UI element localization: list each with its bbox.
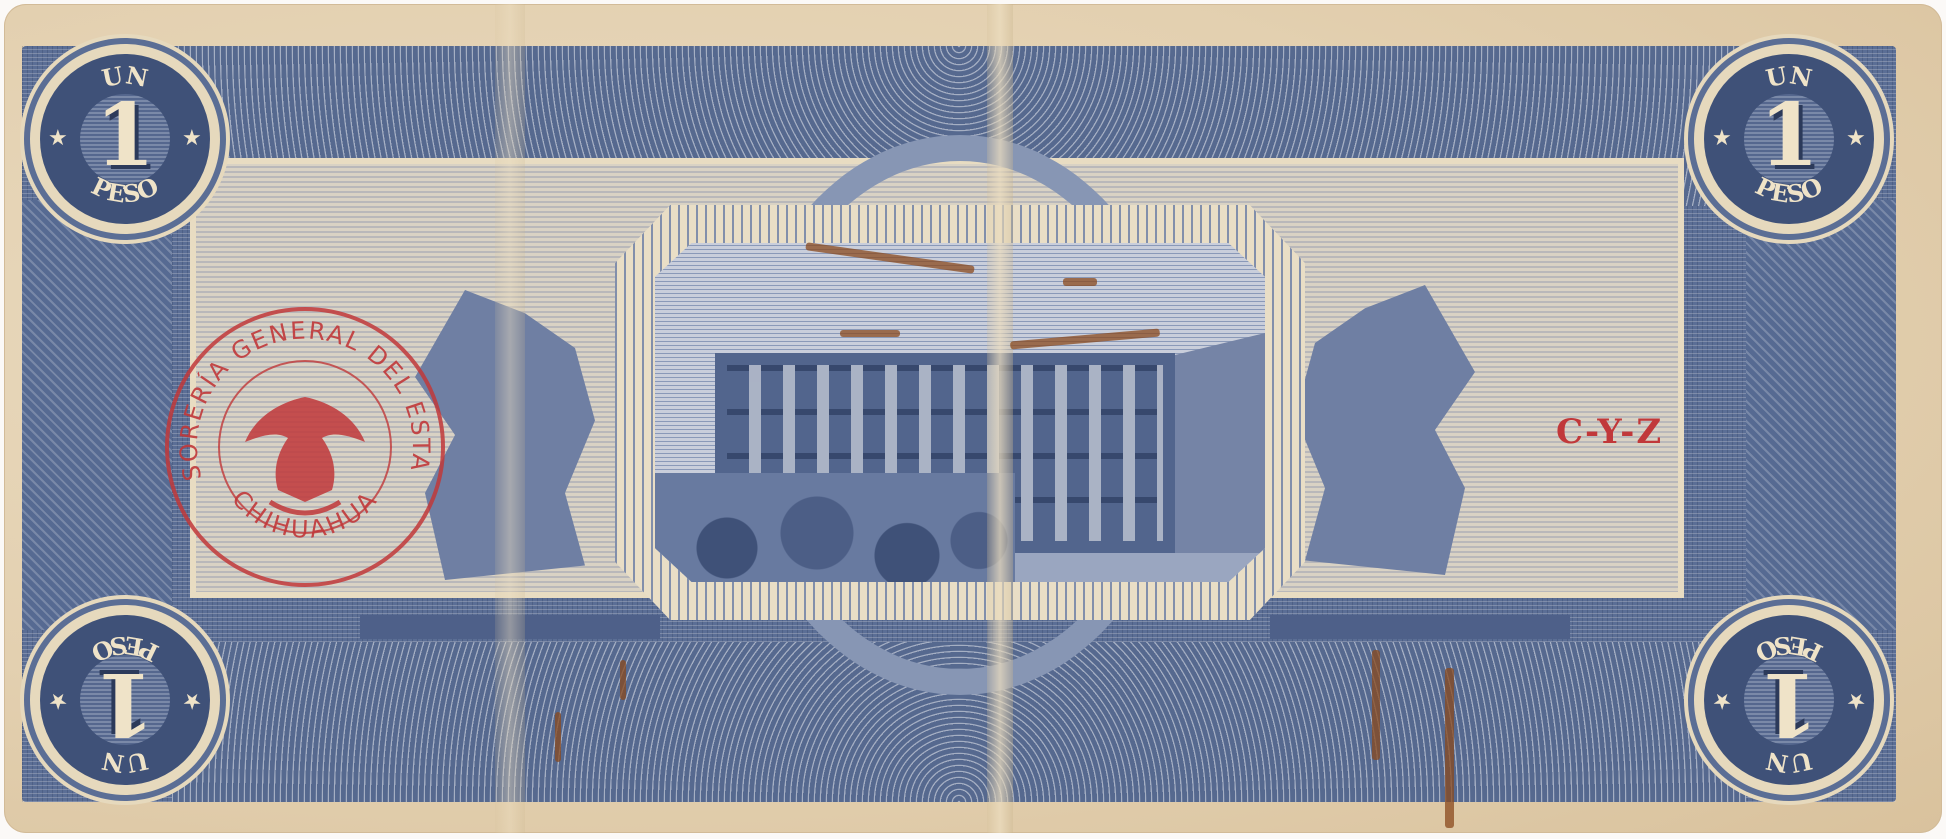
plaza-trees-icon: [655, 473, 1015, 582]
star-icon: ★: [1846, 688, 1866, 713]
star-icon: ★: [1846, 126, 1866, 151]
star-icon: ★: [182, 126, 202, 151]
eagle-icon: [245, 397, 365, 513]
right-side-ornament: [1746, 200, 1896, 630]
rust-stain: [555, 712, 561, 762]
plaza-ground: [1015, 553, 1265, 582]
star-icon: ★: [1712, 688, 1732, 713]
center-fold-crease: [987, 4, 1013, 833]
star-icon: ★: [48, 126, 68, 151]
star-icon: ★: [1712, 126, 1732, 151]
treasury-seal-stamp: TESORERÍA GENERAL DEL ESTADO CHIHUAHUA: [160, 302, 450, 592]
medallion-bottom-left: UN PESO 1 ★ ★: [40, 615, 210, 785]
medallion-top-left: UN PESO 1 ★ ★: [40, 54, 210, 224]
rust-stain: [1445, 668, 1454, 828]
left-fold-crease: [495, 4, 525, 833]
rust-stain: [1063, 278, 1097, 286]
medallion-bottom-right: UN PESO 1 ★ ★: [1704, 615, 1874, 785]
star-icon: ★: [48, 688, 68, 713]
star-icon: ★: [182, 688, 202, 713]
right-pedestal: [1270, 615, 1570, 639]
series-overprint: C-Y-Z: [1556, 412, 1663, 452]
rust-stain: [1372, 650, 1380, 760]
medallion-top-right: UN PESO 1 ★ ★: [1704, 54, 1874, 224]
palace-engraving: [655, 243, 1265, 582]
rust-stain: [840, 330, 900, 337]
rust-stain: [620, 660, 626, 700]
left-side-ornament: [22, 200, 172, 630]
